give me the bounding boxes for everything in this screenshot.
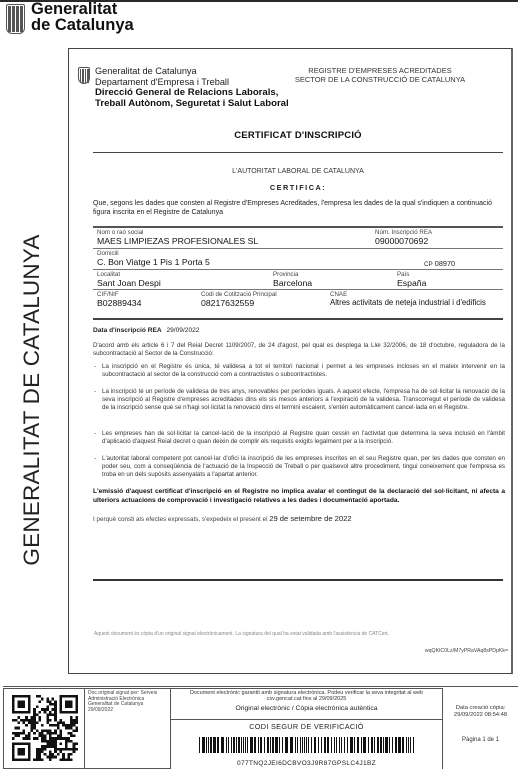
department-header: Generalitat de Catalunya Departament d'E… <box>78 66 289 109</box>
table-top-rule <box>93 226 503 228</box>
title-divider <box>93 152 503 153</box>
province-label: Provincia <box>273 271 298 278</box>
country-value: España <box>397 278 426 288</box>
cnae-value: Altres activitats de neteja industrial i… <box>330 298 505 307</box>
authority-line: L'AUTORITAT LABORAL DE CATALUNYA <box>93 168 503 175</box>
barcode-icon <box>199 737 414 753</box>
brand-line-2: de Catalunya <box>31 17 134 33</box>
generalitat-logo: Generalitat de Catalunya <box>6 1 134 34</box>
copy-date-box: Data creació còpia: 29/09/2022 08:54:48 … <box>443 688 518 769</box>
registry-sector: SECTOR DE LA CONSTRUCCIÓ DE CATALUNYA <box>280 75 480 84</box>
bullet-item: L'autoritat laboral competent pot cancel… <box>93 455 505 479</box>
row-separator <box>93 269 503 270</box>
brand-name: Generalitat de Catalunya <box>31 1 134 33</box>
guarantee-text: Document electrònic garantit amb signatu… <box>171 690 442 703</box>
row-separator <box>93 289 503 290</box>
header-directorate-1: Direcció General de Relacions Laborals, <box>95 87 289 98</box>
bullet-item: La inscripció té un període de validesa … <box>93 388 505 412</box>
certificate-intro: Que, segons les dades que consten al Reg… <box>93 199 505 217</box>
original-copy-label: Original electrònic / Còpia electrònica … <box>171 706 442 712</box>
created-label: Data creació còpia: <box>443 705 518 712</box>
copy-note: Aquest document és còpia d'un original s… <box>94 631 389 637</box>
cif-value: B02889434 <box>97 298 141 308</box>
header-department: Departament d'Empresa i Treball <box>95 77 289 88</box>
rea-number: 09000070692 <box>375 236 428 246</box>
province-value: Barcelona <box>273 278 312 288</box>
csv-code: 077TNQ2JEI6DCBVO3J9R87GPSLC4J1BZ <box>171 760 442 767</box>
qr-box <box>3 688 85 769</box>
closing-prefix: I perquè consti als efectes expressats, … <box>93 516 267 523</box>
disclaimer: L'emissió d'aquest certificat d'inscripc… <box>93 487 505 505</box>
qr-code-icon <box>12 695 78 761</box>
header-directorate-2: Treball Autònom, Seguretat i Salut Labor… <box>95 98 289 109</box>
csv-label: CODI SEGUR DE VERIFICACIÓ <box>171 722 442 731</box>
country-label: País <box>397 271 409 278</box>
postal-code: CP 08970 <box>424 259 455 268</box>
page-indicator: Pàgina 1 de 1 <box>443 737 518 744</box>
name-label: Nom o raó social <box>97 229 143 236</box>
cnae-label: CNAE <box>330 291 347 298</box>
bullet-item: La inscripció en el Registre és única, t… <box>93 363 505 379</box>
registration-date-value: 29/09/2022 <box>166 327 199 334</box>
closing-date: 29 de setembre de 2022 <box>269 514 351 523</box>
guarantee-box: Document electrònic garantit amb signatu… <box>171 688 443 720</box>
header-org: Generalitat de Catalunya <box>95 66 289 77</box>
table-bottom-rule <box>93 318 503 320</box>
brand-line-1: Generalitat <box>31 1 134 17</box>
legal-intro: D'acord amb els article 6 i 7 del Reial … <box>93 342 505 358</box>
registry-name: REGISTRE D'EMPRESES ACREDITADES <box>280 66 480 75</box>
registration-date-label: Data d'inscripció REA <box>93 327 162 334</box>
closing-statement: I perquè consti als efectes expressats, … <box>93 514 505 523</box>
locality-value: Sant Joan Despi <box>97 278 161 288</box>
signature-hash: wqQKtC0Lz/M7yPRaVAq8sPDpKk= <box>425 648 508 654</box>
rea-label: Núm. Inscripció REA <box>375 229 432 236</box>
locality-label: Localitat <box>97 271 120 278</box>
signature-divider <box>93 579 503 581</box>
senyera-emblem-icon <box>6 4 25 34</box>
signed-by-box: Doc.original signat per: Serveis Adminis… <box>85 688 171 769</box>
ccc-label: Codi de Cotització Principal <box>201 291 277 298</box>
ccc-value: 08217632559 <box>201 298 254 308</box>
row-separator <box>93 248 503 249</box>
cp-value: 08970 <box>435 259 455 268</box>
bullet-item: Les empreses han de sol·licitar la cance… <box>93 430 505 446</box>
csv-box: CODI SEGUR DE VERIFICACIÓ 077TNQ2JEI6DCB… <box>171 720 443 769</box>
certifies-heading: CERTIFICA: <box>93 183 503 192</box>
address-value: C. Bon Viatge 1 Pis 1 Porta 5 <box>97 257 210 267</box>
cif-label: CIF/NIF <box>97 291 119 298</box>
registration-date: Data d'inscripció REA 29/09/2022 <box>93 327 199 334</box>
company-name: MAES LIMPIEZAS PROFESIONALES SL <box>97 236 258 246</box>
certificate-title: CERTIFICAT D'INSCRIPCIÓ <box>93 130 503 141</box>
senyera-emblem-small-icon <box>78 67 90 84</box>
cp-label: CP <box>424 261 433 268</box>
created-value: 29/09/2022 08:54:48 <box>443 712 518 719</box>
registry-header: REGISTRE D'EMPRESES ACREDITADES SECTOR D… <box>280 66 480 84</box>
address-label: Domicili <box>97 250 119 257</box>
side-watermark-text: GENERALITAT DE CATALUNYA <box>19 234 45 565</box>
